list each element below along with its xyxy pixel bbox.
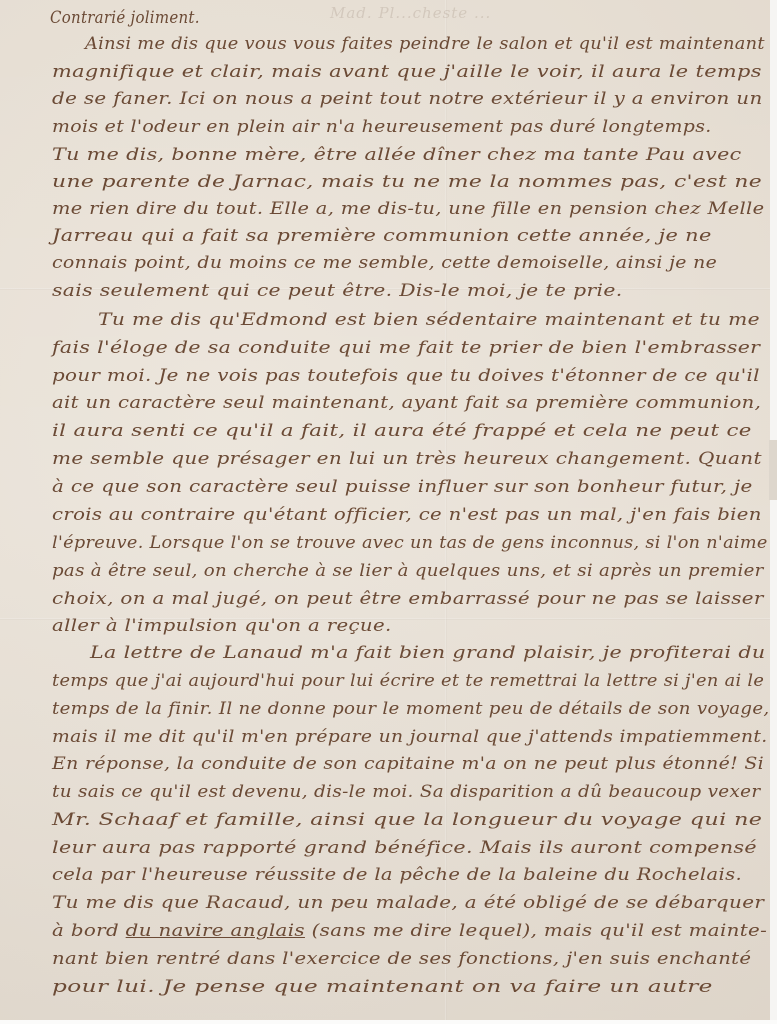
handwritten-line: me semble que présager en lui un très he…	[52, 449, 762, 469]
handwritten-line: l'épreuve. Lorsque l'on se trouve avec u…	[52, 533, 768, 553]
handwritten-line: Tu me dis qu'Edmond est bien sédentaire …	[98, 310, 760, 330]
handwritten-line: En réponse, la conduite de son capitaine…	[52, 754, 764, 774]
handwritten-line: temps que j'ai aujourd'hui pour lui écri…	[52, 671, 764, 691]
handwritten-line: mois et l'odeur en plein air n'a heureus…	[52, 117, 712, 137]
handwritten-line: Mr. Schaaf et famille, ainsi que la long…	[52, 810, 762, 830]
handwritten-line: ait un caractère seul maintenant, ayant …	[52, 393, 761, 413]
letter-body: Contrarié joliment.Ainsi me dis que vous…	[0, 0, 770, 1020]
handwritten-line: crois au contraire qu'étant officier, ce…	[52, 505, 762, 525]
underlined-phrase: du navire anglais	[126, 921, 305, 941]
letter-page: Mad. Pl...cheste ... Contrarié joliment.…	[0, 0, 770, 1020]
handwritten-line: mais il me dit qu'il m'en prépare un jou…	[52, 727, 768, 747]
handwritten-line: fais l'éloge de sa conduite qui me fait …	[52, 338, 760, 358]
handwritten-line: pas à être seul, on cherche à se lier à …	[52, 561, 764, 581]
handwritten-line: Contrarié joliment.	[50, 8, 200, 28]
handwritten-line: il aura senti ce qu'il a fait, il aura é…	[52, 421, 752, 441]
handwritten-line: à ce que son caractère seul puisse influ…	[52, 477, 753, 497]
handwritten-line: de se faner. Ici on nous a peint tout no…	[52, 89, 763, 109]
handwritten-line: choix, on a mal jugé, on peut être embar…	[52, 589, 764, 609]
handwritten-line: sais seulement qui ce peut être. Dis-le …	[52, 281, 623, 301]
handwritten-line: aller à l'impulsion qu'on a reçue.	[52, 616, 392, 636]
handwritten-line: Ainsi me dis que vous vous faites peindr…	[85, 34, 765, 54]
handwritten-line: connais point, du moins ce me semble, ce…	[52, 253, 717, 273]
handwritten-line: pour moi. Je ne vois pas toutefois que t…	[52, 366, 760, 386]
page-bottom-edge	[0, 1020, 777, 1024]
handwritten-line: à bord du navire anglais (sans me dire l…	[52, 921, 767, 941]
handwritten-line: Tu me dis que Racaud, un peu malade, a é…	[52, 893, 764, 913]
handwritten-line: temps de la finir. Il ne donne pour le m…	[52, 699, 770, 719]
page-edge-tab	[769, 440, 777, 500]
handwritten-line: pour lui. Je pense que maintenant on va …	[52, 977, 713, 997]
handwritten-line: La lettre de Lanaud m'a fait bien grand …	[90, 643, 766, 663]
handwritten-line: une parente de Jarnac, mais tu ne me la …	[52, 172, 762, 192]
handwritten-line: tu sais ce qu'il est devenu, dis-le moi.…	[52, 782, 760, 802]
handwritten-line: magnifique et clair, mais avant que j'ai…	[52, 62, 762, 82]
handwritten-line: leur aura pas rapporté grand bénéfice. M…	[52, 838, 757, 858]
handwritten-line: me rien dire du tout. Elle a, me dis-tu,…	[52, 199, 764, 219]
handwritten-line: Tu me dis, bonne mère, être allée dîner …	[52, 145, 742, 165]
page-edge	[770, 0, 777, 1024]
handwritten-line: Jarreau qui a fait sa première communion…	[52, 226, 712, 246]
handwritten-line: nant bien rentré dans l'exercice de ses …	[52, 949, 751, 969]
handwritten-line: cela par l'heureuse réussite de la pêche…	[52, 865, 742, 885]
